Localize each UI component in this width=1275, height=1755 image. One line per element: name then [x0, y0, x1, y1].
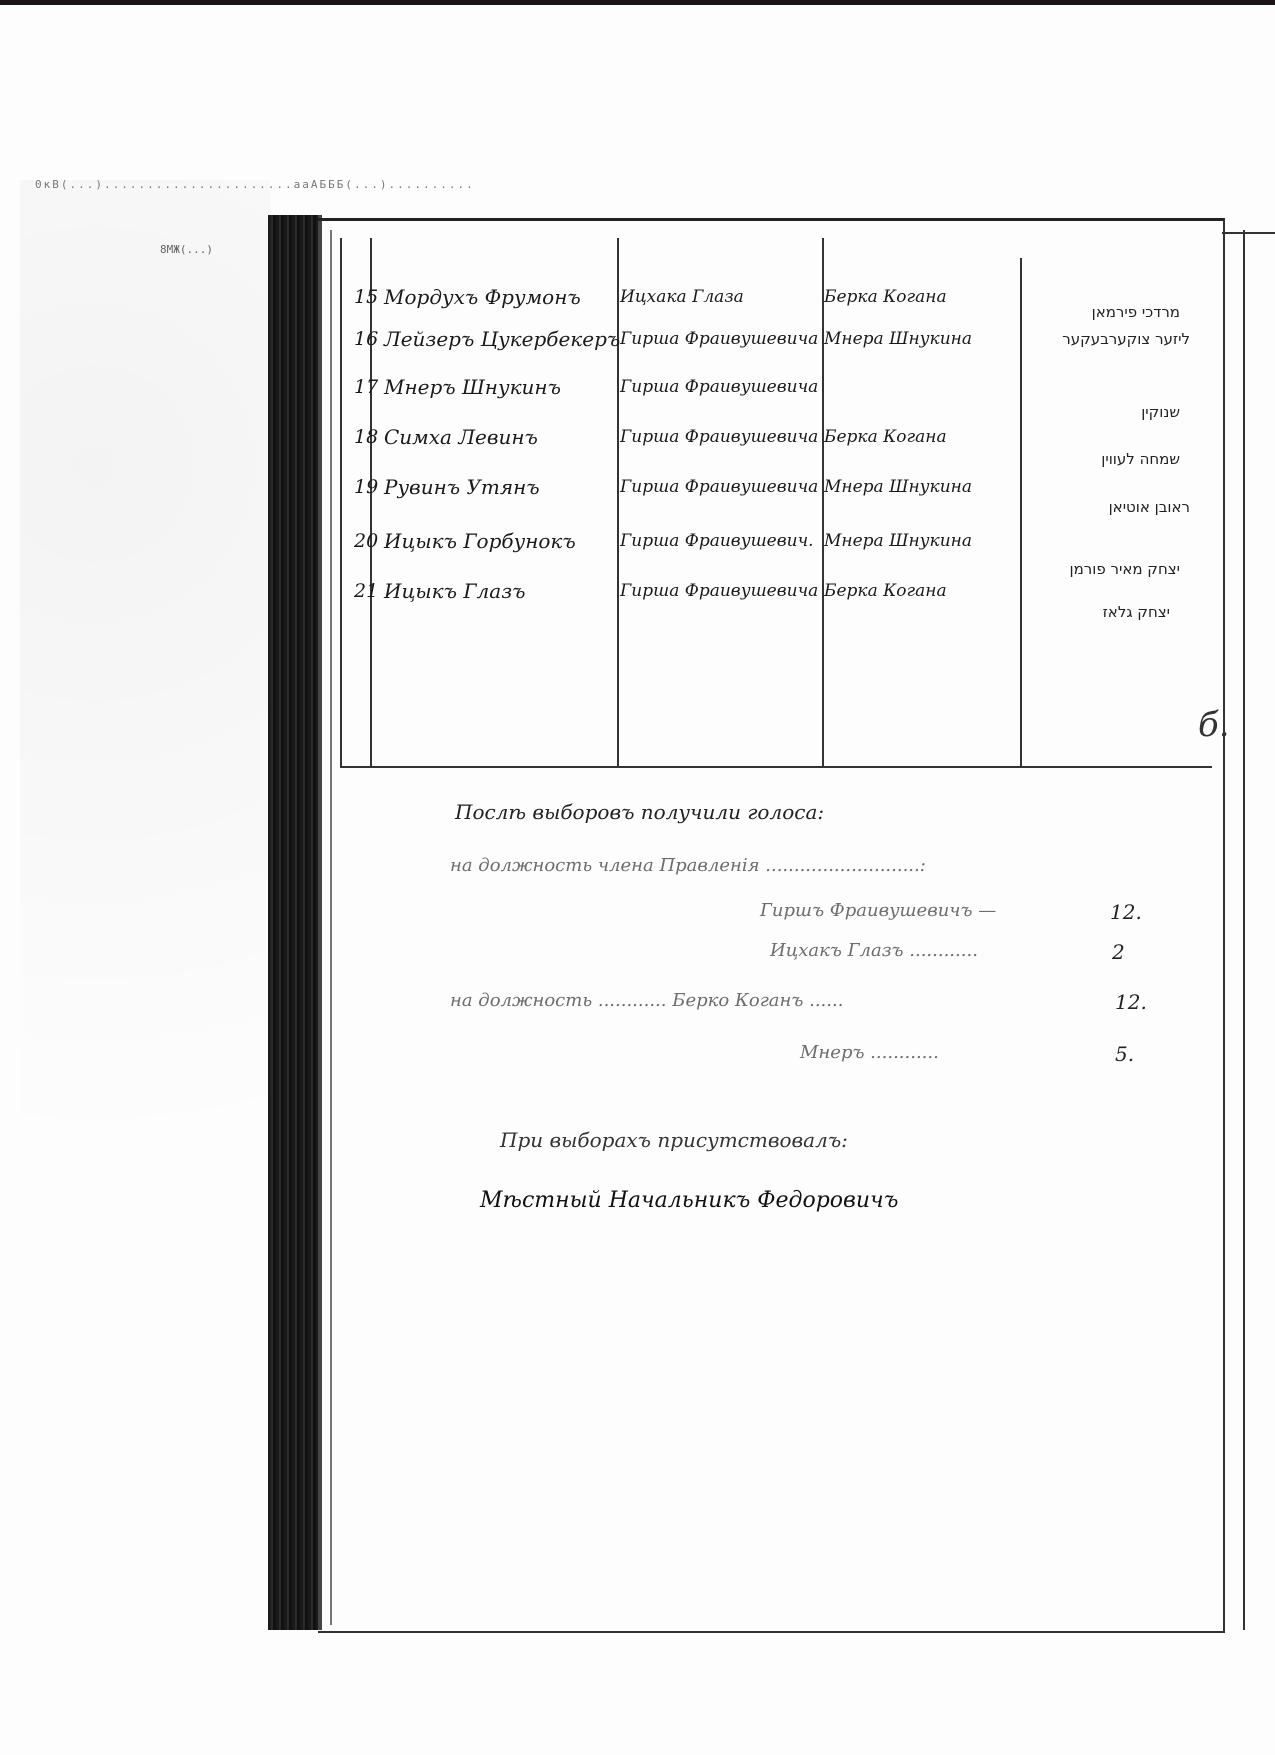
table-row: 19 Рувинъ Утянъ Гирша Фраивушевича Мнера…	[342, 466, 1212, 508]
summary-entry-value: 2	[1112, 940, 1125, 964]
row-seconded-by: Берка Когана	[824, 570, 947, 612]
table-row: 17 Мнеръ Шнукинъ Гирша Фраивушевича	[342, 366, 1212, 408]
row-number: 16	[354, 318, 384, 360]
table-row: 15 Мордухъ Фрумонъ Ицхака Глаза Берка Ко…	[342, 276, 1212, 318]
summary-entry-label: Мнеръ ............	[800, 1042, 939, 1063]
row-number: 18	[354, 416, 384, 458]
hebrew-signature: ראובן אוטיאן	[1109, 498, 1190, 516]
summary-second-value: 12.	[1115, 990, 1147, 1014]
summary-entry-label: Ицхакъ Глазъ ............	[770, 940, 978, 961]
row-nominated-by: Ицхака Глаза	[620, 276, 744, 318]
hebrew-signature: יצחק מאיר פורמן	[1070, 560, 1180, 578]
row-nominated-by: Гирша Фраивушевича	[620, 466, 818, 508]
row-seconded-by: Мнера Шнукина	[824, 466, 972, 508]
row-nominated-by: Гирша Фраивушевича	[620, 318, 818, 360]
row-name: Симха Левинъ	[384, 416, 538, 458]
row-nominated-by: Гирша Фраивушевича	[620, 366, 818, 408]
summary-position-line: на должность члена Правленія ...........…	[450, 855, 926, 876]
margin-page-mark: б.	[1198, 705, 1230, 745]
row-name: Ицыкъ Горбунокъ	[384, 520, 576, 562]
row-number: 19	[354, 466, 384, 508]
row-number: 21	[354, 570, 384, 612]
row-nominated-by: Гирша Фраивушевич.	[620, 520, 814, 562]
book-binding-spine	[268, 215, 320, 1630]
summary-entry-value: 5.	[1115, 1042, 1134, 1066]
hebrew-signature: ליזער צוקערבעקער	[1062, 330, 1190, 348]
row-name: Ицыкъ Глазъ	[384, 570, 525, 612]
summary-second-position: на должность ............ Берко Коганъ .…	[450, 990, 843, 1011]
row-seconded-by: Берка Когана	[824, 416, 947, 458]
hebrew-signature: מרדכי פירמאן	[1092, 303, 1180, 321]
register-table: 15 Мордухъ Фрумонъ Ицхака Глаза Берка Ко…	[340, 238, 1212, 768]
summary-entry-label: Гиршъ Фраивушевичъ —	[760, 900, 996, 921]
row-number: 15	[354, 276, 384, 318]
summary-entry-value: 12.	[1110, 900, 1142, 924]
table-row: 18 Симха Левинъ Гирша Фраивушевича Берка…	[342, 416, 1212, 458]
row-seconded-by: Мнера Шнукина	[824, 318, 972, 360]
row-number: 17	[354, 366, 384, 408]
table-row: 20 Ицыкъ Горбунокъ Гирша Фраивушевич. Мн…	[342, 520, 1212, 562]
header-scan-artifact: 0кВ(...)......................ааАБББ(...…	[35, 178, 1185, 191]
row-name: Лейзеръ Цукербекеръ	[384, 318, 620, 360]
row-nominated-by: Гирша Фраивушевича	[620, 570, 818, 612]
hebrew-signature: שנוקין	[1141, 403, 1180, 421]
row-seconded-by: Берка Когана	[824, 276, 947, 318]
summary-heading: Послѣ выборовъ получили голоса:	[455, 800, 824, 824]
side-code: 8МЖ(...)	[160, 243, 213, 256]
scan-top-border	[0, 0, 1275, 5]
signature-attendance-line: При выборахъ присутствовалъ:	[500, 1128, 848, 1152]
row-name: Мордухъ Фрумонъ	[384, 276, 581, 318]
page-top-edge-extension	[1222, 232, 1275, 234]
row-number: 20	[354, 520, 384, 562]
page-right-margin-line	[1243, 230, 1245, 1630]
scan-background-noise	[20, 180, 270, 1600]
hebrew-signature: שמחה לעווין	[1101, 450, 1180, 468]
signature-official: Мѣстный Начальникъ Федоровичъ	[480, 1188, 898, 1213]
row-name: Мнеръ Шнукинъ	[384, 366, 561, 408]
row-name: Рувинъ Утянъ	[384, 466, 540, 508]
hebrew-signature: יצחק גלאז	[1103, 603, 1170, 621]
row-nominated-by: Гирша Фраивушевича	[620, 416, 818, 458]
row-seconded-by: Мнера Шнукина	[824, 520, 972, 562]
